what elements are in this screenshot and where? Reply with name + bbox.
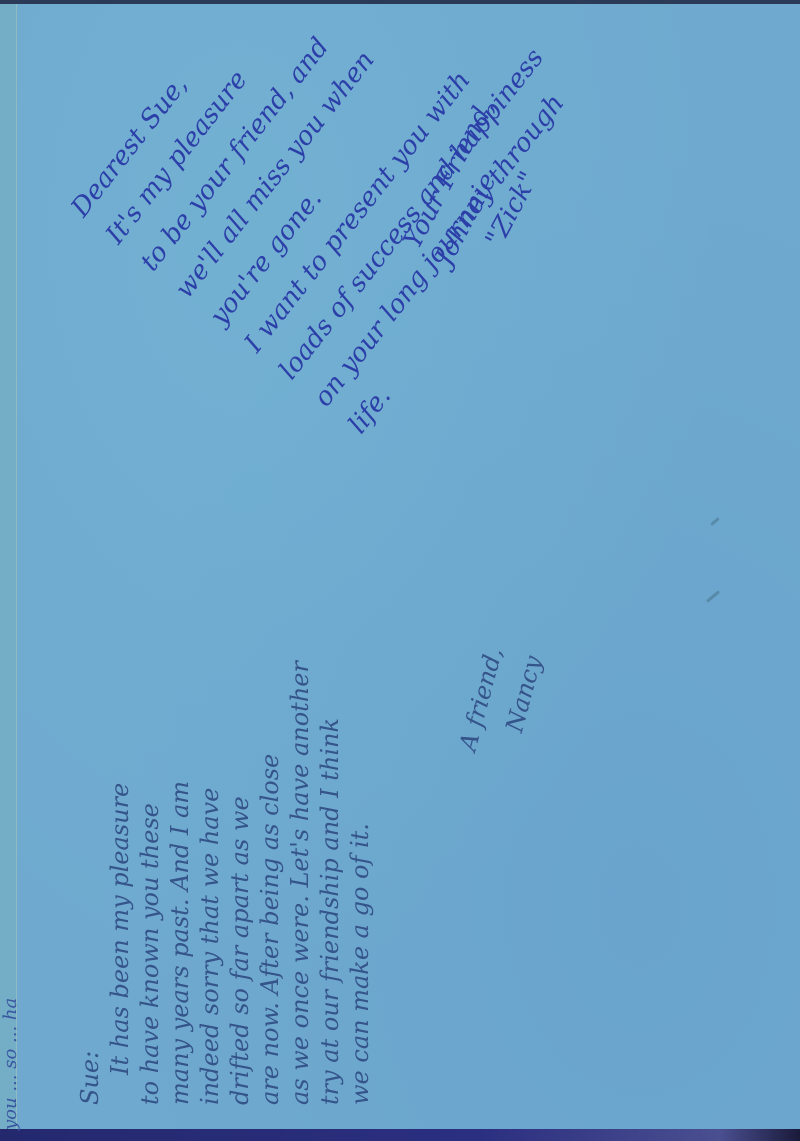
note-line: drifted so far apart as we [225,661,255,1105]
note-line: as we once were. Let's have another [285,661,315,1105]
book-cover-edge [0,1129,800,1141]
note-line: to have known you these [135,661,165,1105]
autograph-note-nancy: Sue: It has been my pleasure to have kno… [75,661,375,1105]
note-line: Sue: [75,661,105,1105]
facing-page-edge [0,4,17,1130]
note-line: It has been my pleasure [105,661,135,1075]
note-line: indeed sorry that we have [195,661,225,1105]
note-line: try at our friendship and I think [315,661,345,1105]
facing-page-fragment: you ... so ... ha [0,998,21,1130]
note-line: many years past. And I am [165,661,195,1105]
note-line: are now. After being as close [255,661,285,1105]
note-line: we can make a go of it. [345,661,375,1105]
